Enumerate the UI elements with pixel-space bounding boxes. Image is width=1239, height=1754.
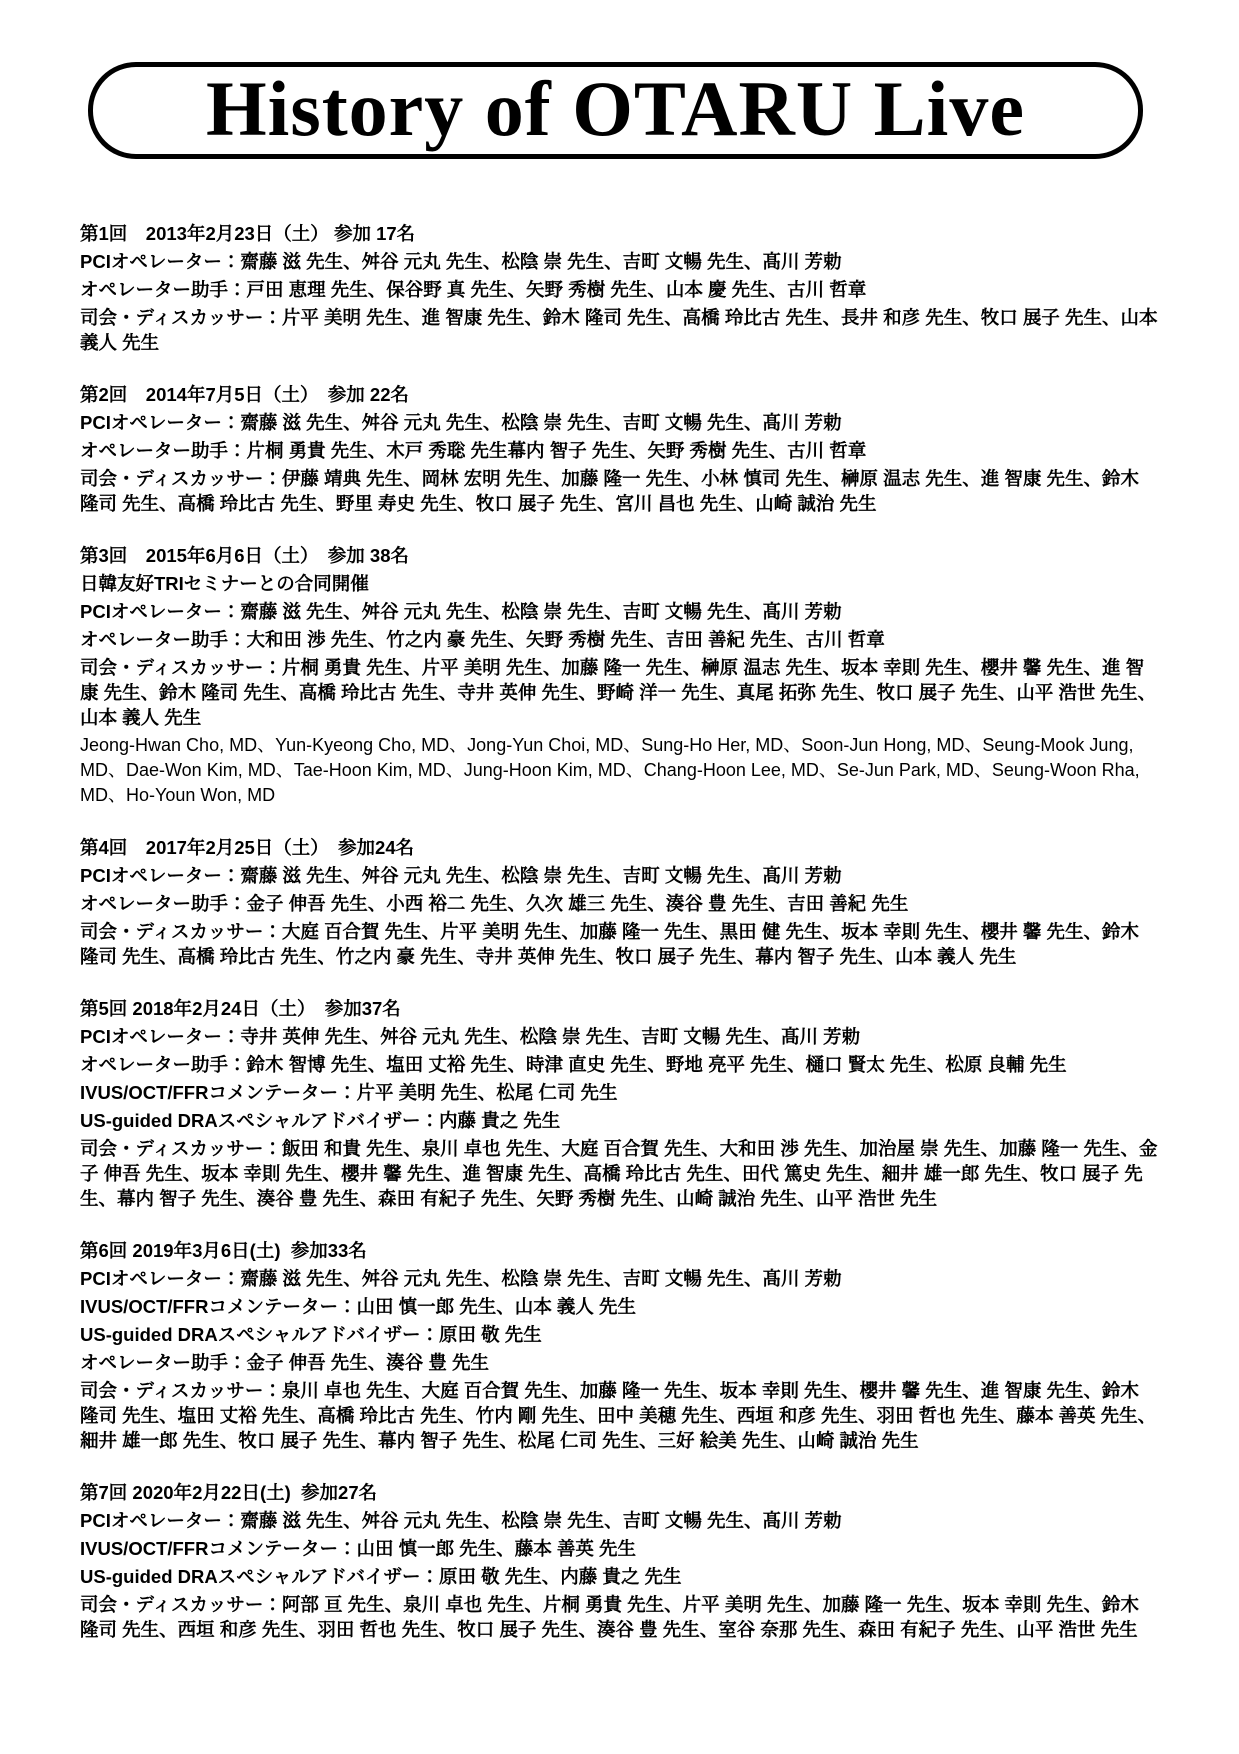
joint-event-note: 日韓友好TRIセミナーとの合同開催 (80, 571, 1161, 596)
roster-line: 司会・ディスカッサー：飯田 和貴 先生、泉川 卓也 先生、大庭 百合賀 先生、大… (80, 1136, 1161, 1211)
roster-line: PCIオペレーター：寺井 英伸 先生、舛谷 元丸 先生、松陰 崇 先生、吉町 文… (80, 1024, 1161, 1049)
roster-line: 司会・ディスカッサー：片桐 勇貴 先生、片平 美明 先生、加藤 隆一 先生、榊原… (80, 655, 1161, 730)
roster-line: PCIオペレーター：齋藤 滋 先生、舛谷 元丸 先生、松陰 崇 先生、吉町 文暢… (80, 1508, 1161, 1533)
roster-line: 司会・ディスカッサー：伊藤 靖典 先生、岡林 宏明 先生、加藤 隆一 先生、小林… (80, 466, 1161, 516)
korean-guests-line: Jeong-Hwan Cho, MD、Yun-Kyeong Cho, MD、Jo… (80, 733, 1161, 808)
session-header: 第5回 2018年2月24日（土） 参加37名 (80, 996, 1161, 1021)
roster-line: オペレーター助手：片桐 勇貴 先生、木戸 秀聡 先生幕内 智子 先生、矢野 秀樹… (80, 438, 1161, 463)
session-section-6: 第6回 2019年3月6日(土) 参加33名 PCIオペレーター：齋藤 滋 先生… (80, 1238, 1161, 1453)
document-content: 第1回 2013年2月23日（土） 参加 17名 PCIオペレーター：齋藤 滋 … (0, 159, 1239, 1642)
session-header: 第1回 2013年2月23日（土） 参加 17名 (80, 221, 1161, 246)
roster-line: PCIオペレーター：齋藤 滋 先生、舛谷 元丸 先生、松陰 崇 先生、吉町 文暢… (80, 863, 1161, 888)
roster-line: オペレーター助手：鈴木 智博 先生、塩田 丈裕 先生、時津 直史 先生、野地 亮… (80, 1052, 1161, 1077)
roster-line: 司会・ディスカッサー：片平 美明 先生、進 智康 先生、鈴木 隆司 先生、高橋 … (80, 305, 1161, 355)
roster-line: PCIオペレーター：齋藤 滋 先生、舛谷 元丸 先生、松陰 崇 先生、吉町 文暢… (80, 249, 1161, 274)
roster-line: PCIオペレーター：齋藤 滋 先生、舛谷 元丸 先生、松陰 崇 先生、吉町 文暢… (80, 599, 1161, 624)
roster-line: IVUS/OCT/FFRコメンテーター：山田 慎一郎 先生、山本 義人 先生 (80, 1294, 1161, 1319)
roster-line: IVUS/OCT/FFRコメンテーター：片平 美明 先生、松尾 仁司 先生 (80, 1080, 1161, 1105)
roster-line: 司会・ディスカッサー：泉川 卓也 先生、大庭 百合賀 先生、加藤 隆一 先生、坂… (80, 1378, 1161, 1453)
session-header: 第4回 2017年2月25日（土） 参加24名 (80, 835, 1161, 860)
session-header: 第7回 2020年2月22日(土) 参加27名 (80, 1480, 1161, 1505)
session-header: 第6回 2019年3月6日(土) 参加33名 (80, 1238, 1161, 1263)
roster-line: オペレーター助手：金子 伸吾 先生、湊谷 豊 先生 (80, 1350, 1161, 1375)
roster-line: US-guided DRAスペシャルアドバイザー：原田 敬 先生 (80, 1322, 1161, 1347)
session-header: 第2回 2014年7月5日（土） 参加 22名 (80, 382, 1161, 407)
page-title: History of OTARU Live (206, 70, 1025, 148)
roster-line: 司会・ディスカッサー：大庭 百合賀 先生、片平 美明 先生、加藤 隆一 先生、黒… (80, 919, 1161, 969)
roster-line: オペレーター助手：大和田 渉 先生、竹之内 豪 先生、矢野 秀樹 先生、吉田 善… (80, 627, 1161, 652)
title-box: History of OTARU Live (88, 62, 1143, 159)
session-section-4: 第4回 2017年2月25日（土） 参加24名 PCIオペレーター：齋藤 滋 先… (80, 835, 1161, 969)
roster-line: IVUS/OCT/FFRコメンテーター：山田 慎一郎 先生、藤本 善英 先生 (80, 1536, 1161, 1561)
roster-line: US-guided DRAスペシャルアドバイザー：原田 敬 先生、内藤 貴之 先… (80, 1564, 1161, 1589)
roster-line: オペレーター助手：戸田 恵理 先生、保谷野 真 先生、矢野 秀樹 先生、山本 慶… (80, 277, 1161, 302)
session-section-5: 第5回 2018年2月24日（土） 参加37名 PCIオペレーター：寺井 英伸 … (80, 996, 1161, 1211)
session-section-3: 第3回 2015年6月6日（土） 参加 38名 日韓友好TRIセミナーとの合同開… (80, 543, 1161, 808)
roster-line: 司会・ディスカッサー：阿部 亘 先生、泉川 卓也 先生、片桐 勇貴 先生、片平 … (80, 1592, 1161, 1642)
session-section-7: 第7回 2020年2月22日(土) 参加27名 PCIオペレーター：齋藤 滋 先… (80, 1480, 1161, 1642)
roster-line: PCIオペレーター：齋藤 滋 先生、舛谷 元丸 先生、松陰 崇 先生、吉町 文暢… (80, 1266, 1161, 1291)
session-section-1: 第1回 2013年2月23日（土） 参加 17名 PCIオペレーター：齋藤 滋 … (80, 221, 1161, 355)
roster-line: US-guided DRAスペシャルアドバイザー：内藤 貴之 先生 (80, 1108, 1161, 1133)
session-header: 第3回 2015年6月6日（土） 参加 38名 (80, 543, 1161, 568)
roster-line: PCIオペレーター：齋藤 滋 先生、舛谷 元丸 先生、松陰 崇 先生、吉町 文暢… (80, 410, 1161, 435)
roster-line: オペレーター助手：金子 伸吾 先生、小西 裕二 先生、久次 雄三 先生、湊谷 豊… (80, 891, 1161, 916)
document-page: History of OTARU Live 第1回 2013年2月23日（土） … (0, 0, 1239, 1754)
session-section-2: 第2回 2014年7月5日（土） 参加 22名 PCIオペレーター：齋藤 滋 先… (80, 382, 1161, 516)
